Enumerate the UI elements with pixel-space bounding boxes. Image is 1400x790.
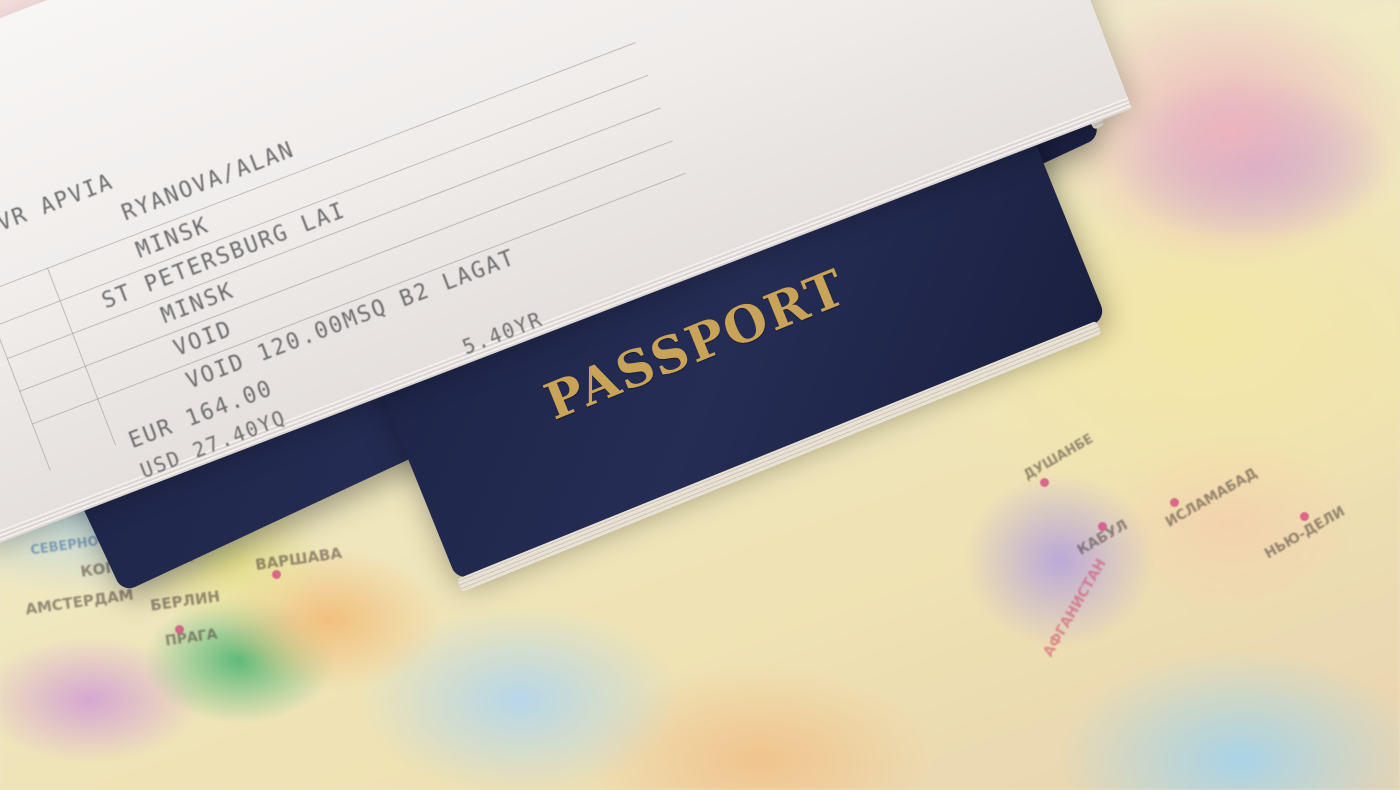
ticket-rule [0, 42, 635, 294]
city-marker [1040, 478, 1049, 487]
city-marker [1170, 498, 1179, 507]
city-marker [1098, 522, 1107, 531]
city-marker [1300, 512, 1309, 521]
ticket-line: KEVR APVIA [0, 169, 117, 247]
photo-scene: КОПЕНГАГЕН АМСТЕРДАМ БЕРЛИН ВАРШАВА ПРАГ… [0, 0, 1400, 790]
ticket-rule [0, 75, 648, 327]
city-marker [175, 625, 184, 634]
city-marker [272, 570, 281, 579]
